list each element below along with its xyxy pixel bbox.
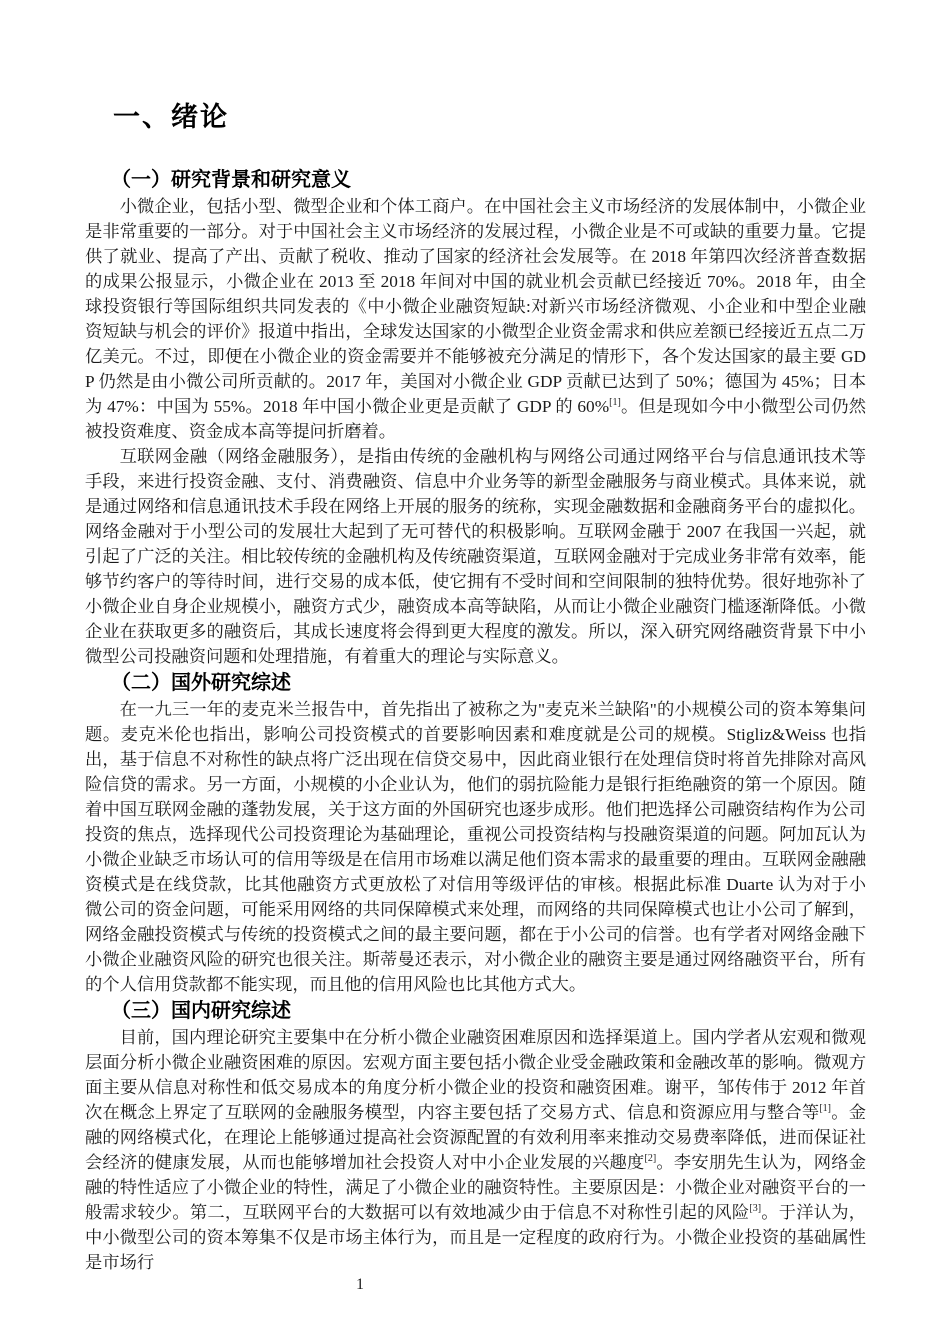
- footnote-reference: [3]: [749, 1203, 761, 1214]
- page-number: 1: [356, 1276, 364, 1294]
- text-run: 互联网金融（网络金融服务），是指由传统的金融机构与网络公司通过网络平台与信息通讯…: [85, 447, 866, 666]
- section-heading-domestic-review: （三）国内研究综述: [85, 997, 866, 1025]
- section-heading-foreign-review: （二）国外研究综述: [85, 669, 866, 697]
- paragraph-foreign-review: 在一九三一年的麦克米兰报告中，首先指出了被称之为"麦克米兰缺陷"的小规模公司的资…: [85, 697, 866, 997]
- document-page: 一、绪论 （一）研究背景和研究意义 小微企业，包括小型、微型企业和个体工商户。在…: [0, 0, 950, 1344]
- footnote-reference: [1]: [609, 397, 621, 408]
- chapter-heading: 一、绪论: [85, 100, 866, 134]
- paragraph-research-background-2: 互联网金融（网络金融服务），是指由传统的金融机构与网络公司通过网络平台与信息通讯…: [85, 444, 866, 669]
- text-run: 目前，国内理论研究主要集中在分析小微企业融资困难原因和选择渠道上。国内学者从宏观…: [85, 1028, 866, 1122]
- paragraph-domestic-review: 目前，国内理论研究主要集中在分析小微企业融资困难原因和选择渠道上。国内学者从宏观…: [85, 1025, 866, 1275]
- section-heading-research-background: （一）研究背景和研究意义: [85, 166, 866, 194]
- footnote-reference: [1]: [819, 1103, 831, 1114]
- text-run: 在一九三一年的麦克米兰报告中，首先指出了被称之为"麦克米兰缺陷"的小规模公司的资…: [85, 700, 866, 994]
- paragraph-research-background-1: 小微企业，包括小型、微型企业和个体工商户。在中国社会主义市场经济的发展体制中，小…: [85, 194, 866, 444]
- footnote-reference: [2]: [645, 1153, 657, 1164]
- text-run: 小微企业，包括小型、微型企业和个体工商户。在中国社会主义市场经济的发展体制中，小…: [85, 197, 866, 416]
